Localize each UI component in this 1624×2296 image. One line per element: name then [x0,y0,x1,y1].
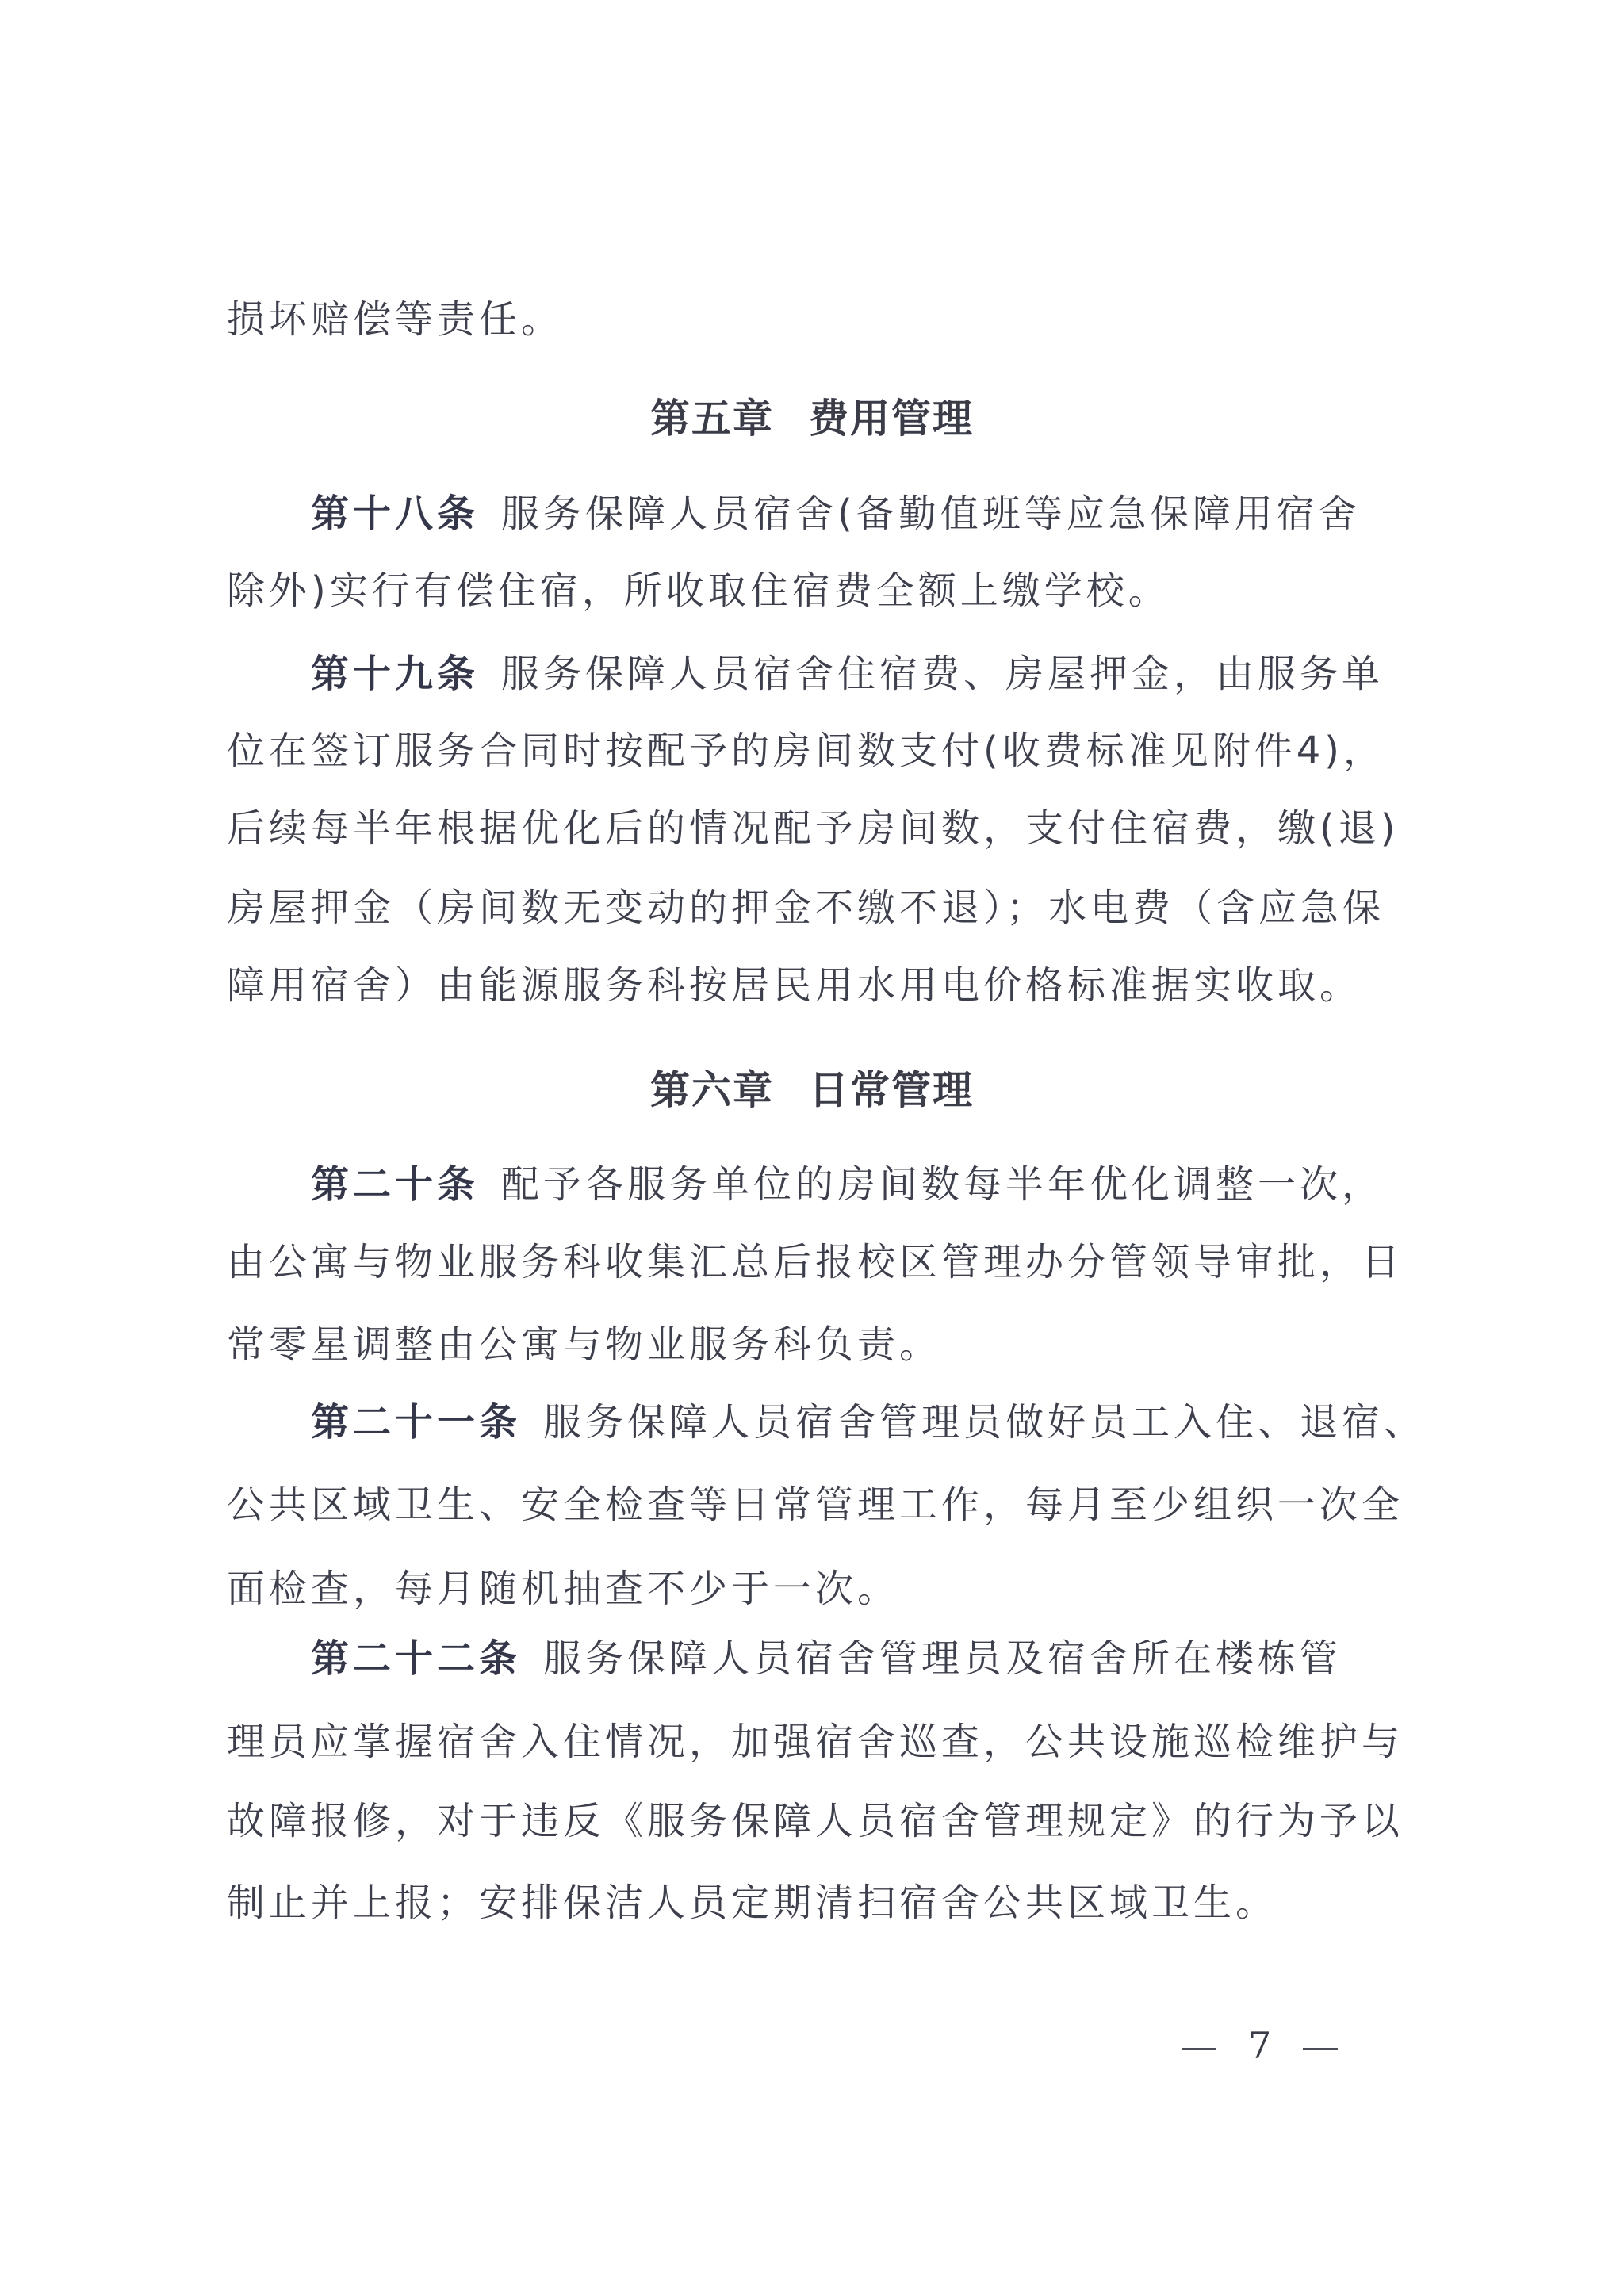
dash-left [1182,2048,1216,2050]
article-18-line-2: 除外)实行有偿住宿，所收取住宿费全额上缴学校。 [227,551,1408,630]
article-21-line-3: 面检查，每月随机抽查不少于一次。 [227,1549,1408,1628]
chapter-heading-6: 第六章日常管理 [0,1050,1624,1130]
chapter-title: 日常管理 [809,1067,974,1113]
article-22-line-3: 故障报修，对于违反《服务保障人员宿舍管理规定》的行为予以 [227,1781,1408,1861]
dash-right [1303,2048,1338,2050]
article-19-line-1: 第十九条服务保障人员宿舍住宿费、房屋押金，由服务单 [311,634,1408,714]
article-label: 第十九条 [311,652,479,696]
article-label: 第二十一条 [311,1400,521,1445]
article-label: 第二十二条 [311,1636,521,1681]
article-21-line-1: 第二十一条服务保障人员宿舍管理员做好员工入住、退宿、 [311,1383,1408,1462]
article-22-line-1: 第二十二条服务保障人员宿舍管理员及宿舍所在楼栋管 [311,1619,1408,1698]
article-19-line-4: 房屋押金（房间数无变动的押金不缴不退）；水电费（含应急保 [227,868,1408,947]
article-text: 服务保障人员宿舍管理员及宿舍所在楼栋管 [543,1636,1342,1681]
article-22-line-4: 制止并上报；安排保洁人员定期清扫宿舍公共区域卫生。 [227,1863,1408,1942]
chapter-title: 费用管理 [809,396,974,442]
article-21-line-2: 公共区域卫生、安全检查等日常管理工作，每月至少组织一次全 [227,1465,1408,1544]
page-number-value: 7 [1248,2014,1271,2077]
article-20-line-3: 常零星调整由公寓与物业服务科负责。 [227,1305,1408,1384]
article-22-line-2: 理员应掌握宿舍入住情况，加强宿舍巡查，公共设施巡检维护与 [227,1702,1408,1781]
article-19-line-5: 障用宿舍）由能源服务科按居民用水用电价格标准据实收取。 [227,946,1408,1025]
article-text: 服务保障人员宿舍住宿费、房屋押金，由服务单 [501,652,1384,696]
article-19-line-3: 后续每半年根据优化后的情况配予房间数，支付住宿费，缴(退) [227,789,1408,868]
article-text: 服务保障人员宿舍(备勤值班等应急保障用宿舍 [501,492,1361,536]
article-label: 第十八条 [311,492,479,536]
article-label: 第二十条 [311,1162,479,1207]
document-page: 损坏赔偿等责任。 第五章费用管理 第十八条服务保障人员宿舍(备勤值班等应急保障用… [0,0,1624,2296]
article-18-line-1: 第十八条服务保障人员宿舍(备勤值班等应急保障用宿舍 [311,474,1408,553]
article-20-line-1: 第二十条配予各服务单位的房间数每半年优化调整一次， [311,1145,1408,1224]
chapter-number: 第六章 [650,1067,774,1113]
article-20-line-2: 由公寓与物业服务科收集汇总后报校区管理办分管领导审批，日 [227,1223,1408,1302]
article-text: 服务保障人员宿舍管理员做好员工入住、退宿、 [543,1400,1426,1445]
article-19-line-2: 位在签订服务合同时按配予的房间数支付(收费标准见附件4)， [227,711,1408,790]
continuation-text: 损坏赔偿等责任。 [227,280,1408,359]
chapter-heading-5: 第五章费用管理 [0,379,1624,458]
article-text: 配予各服务单位的房间数每半年优化调整一次， [501,1162,1384,1207]
page-number: 7 [1182,2014,1338,2077]
chapter-number: 第五章 [650,396,774,442]
